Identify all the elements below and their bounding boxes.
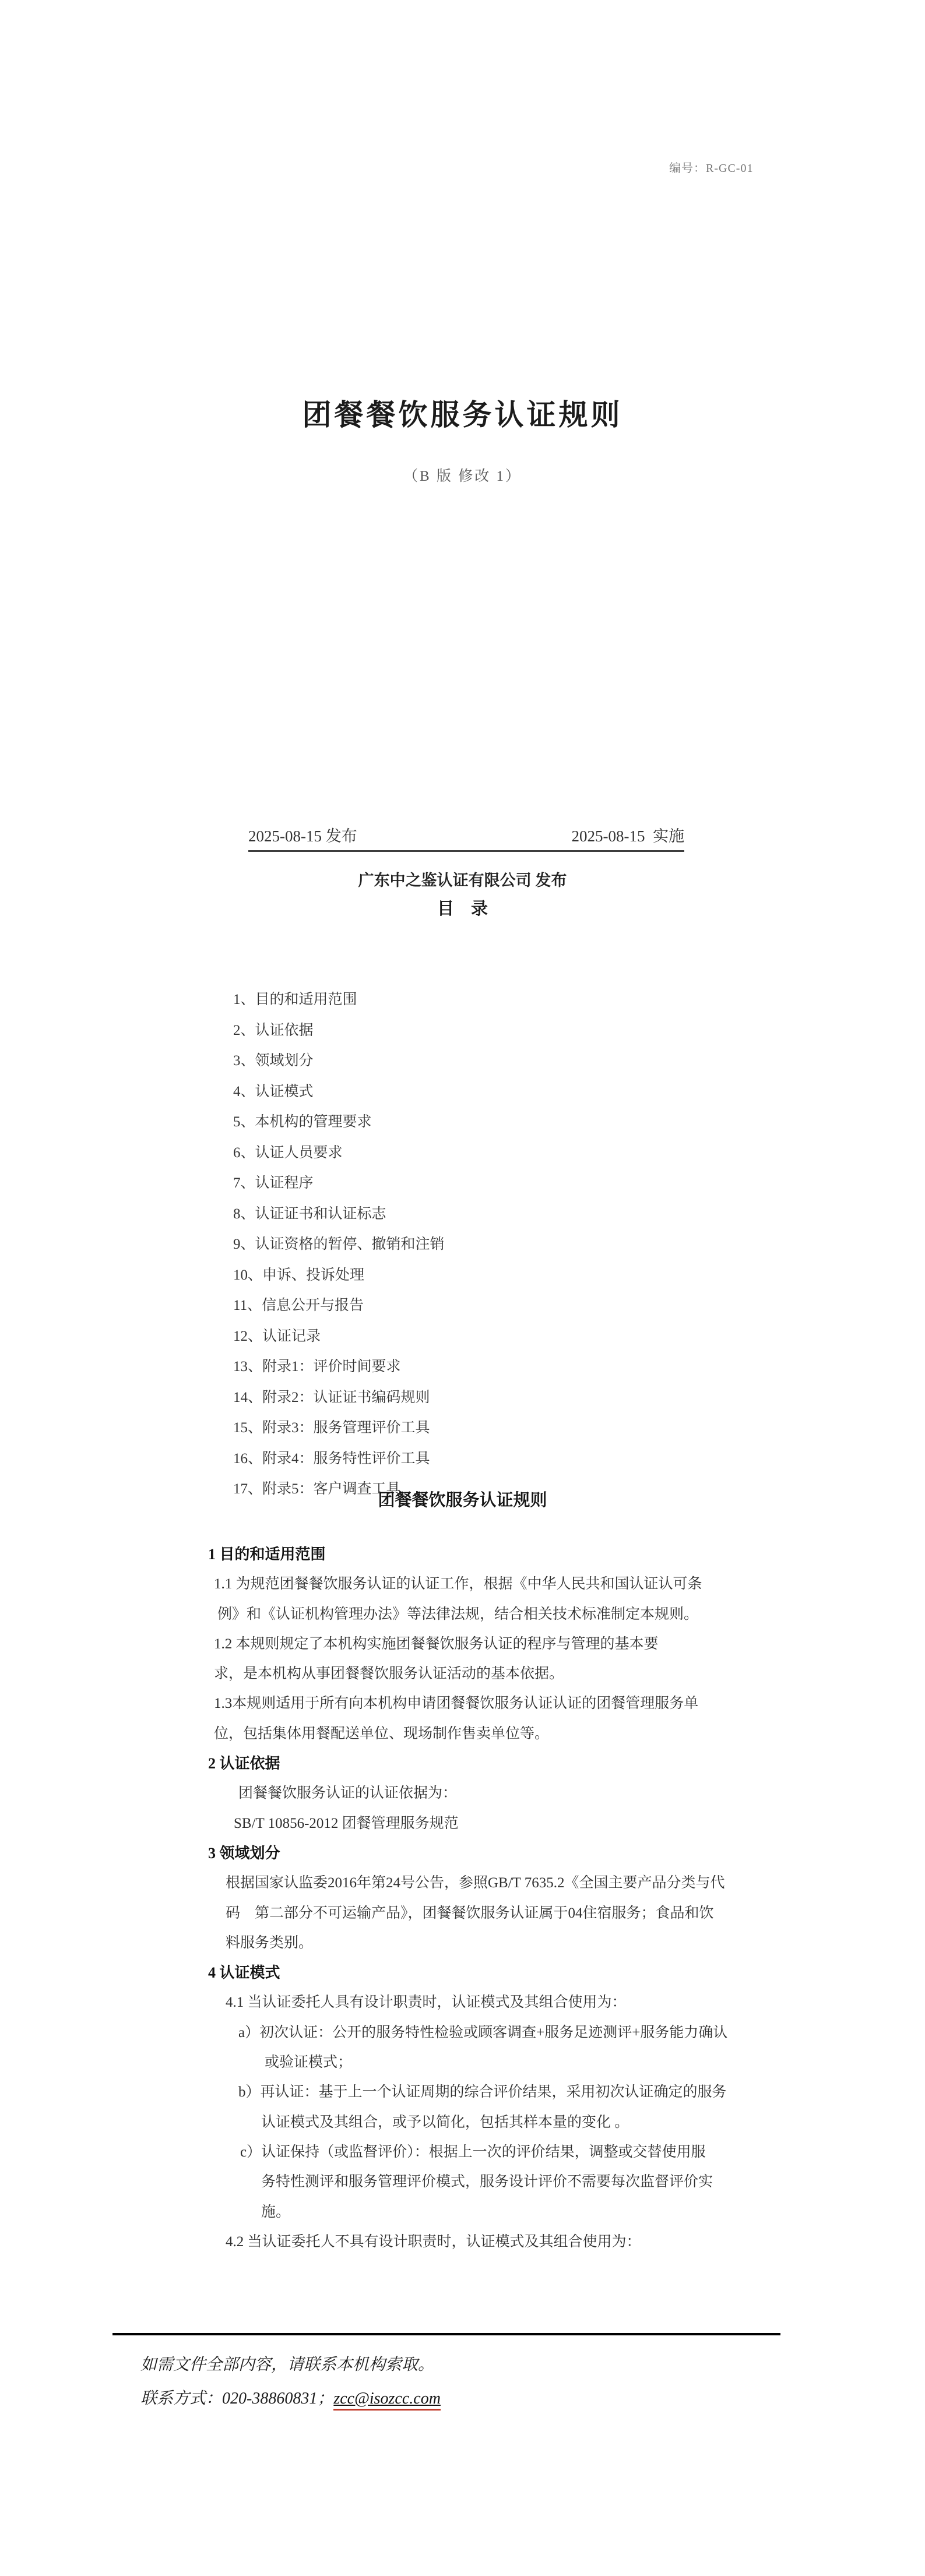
publisher-line: 广东中之鉴认证有限公司 发布 [0,868,925,890]
document-page: 编号：R-GC-01 团餐餐饮服务认证规则 （B 版 修改 1） 2025-08… [0,0,925,2576]
body-line: 务特性测评和服务管理评价模式，服务设计评价不需要每次监督评价实 [208,2167,750,2197]
body-line: 4.2 当认证委托人不具有设计职责时，认证模式及其组合使用为： [208,2227,750,2257]
body-line: 4.1 当认证委托人具有设计职责时，认证模式及其组合使用为： [208,1987,750,2017]
body-line: SB/T 10856-2012 团餐管理服务规范 [208,1809,750,1838]
toc-item: 14、附录2：认证证书编码规则 [233,1383,445,1414]
footer-email-link[interactable]: zcc@isozcc.com [333,2390,441,2411]
body-line: 求，是本机构从事团餐餐饮服务认证活动的基本依据。 [208,1659,750,1689]
body-line: a）初次认证：公开的服务特性检验或顾客调查+服务足迹测评+服务能力确认 [208,2018,750,2048]
toc-item: 10、申诉、投诉处理 [233,1260,445,1291]
toc-item: 13、附录1：评价时间要求 [233,1352,445,1383]
doc-number: 编号：R-GC-01 [669,158,753,175]
footer-contact-prefix: 联系方式：020-38860831； [140,2390,333,2408]
body-content: 1 目的和适用范围1.1 为规范团餐餐饮服务认证的认证工作，根据《中华人民共和国… [208,1539,750,2257]
body-line: 3 领域划分 [208,1838,750,1868]
body-line: 1.3本规则适用于所有向本机构申请团餐餐饮服务认证认证的团餐管理服务单 [208,1689,750,1718]
body-line: b）再认证：基于上一个认证周期的综合评价结果，采用初次认证确定的服务 [208,2077,750,2107]
toc-item: 11、信息公开与报告 [233,1291,445,1322]
body-line: 1.1 为规范团餐餐饮服务认证的认证工作，根据《中华人民共和国认证认可条 [208,1569,750,1599]
body-line: 认证模式及其组合，或予以简化，包括其样本量的变化 。 [208,2108,750,2137]
toc-item: 12、认证记录 [233,1322,445,1352]
toc-item: 1、目的和适用范围 [233,985,445,1016]
toc-item: 9、认证资格的暂停、撤销和注销 [233,1229,445,1260]
implement-date: 2025-08-15 实施 [572,823,684,846]
body-line: 团餐餐饮服务认证的认证依据为： [208,1778,750,1808]
toc-item: 5、本机构的管理要求 [233,1107,445,1138]
toc-item: 15、附录3：服务管理评价工具 [233,1413,445,1444]
toc-item: 4、认证模式 [233,1077,445,1108]
body-line: 施。 [208,2197,750,2227]
footer-contact-line: 联系方式：020-38860831；zcc@isozcc.com [140,2385,441,2409]
body-line: 1.2 本规则规定了本机构实施团餐餐饮服务认证的程序与管理的基本要 [208,1629,750,1659]
body-line: 料服务类别。 [208,1928,750,1958]
body-title: 团餐餐饮服务认证规则 [0,1487,925,1511]
footer-divider [112,2333,780,2335]
publish-date: 2025-08-15 发布 [248,823,357,846]
body-line: 1 目的和适用范围 [208,1539,750,1569]
body-line: 或验证模式； [208,2048,750,2077]
body-line: 根据国家认监委2016年第24号公告，参照GB/T 7635.2《全国主要产品分… [208,1868,750,1898]
toc-item: 2、认证依据 [233,1016,445,1046]
toc-item: 7、认证程序 [233,1168,445,1199]
body-line: c）认证保持（或监督评价）：根据上一次的评价结果，调整或交替使用服 [208,2137,750,2167]
doc-version-note: （B 版 修改 1） [0,464,925,485]
body-line: 位，包括集体用餐配送单位、现场制作售卖单位等。 [208,1719,750,1749]
toc-item: 6、认证人员要求 [233,1138,445,1169]
toc-title: 目 录 [0,896,925,919]
header-divider [248,850,684,852]
body-line: 4 认证模式 [208,1958,750,1987]
body-line: 码 第二部分不可运输产品》，团餐餐饮服务认证属于04住宿服务；食品和饮 [208,1898,750,1928]
toc-item: 16、附录4：服务特性评价工具 [233,1444,445,1475]
footer-note: 如需文件全部内容，请联系本机构索取。 [140,2352,434,2375]
toc-item: 3、领域划分 [233,1046,445,1077]
doc-title: 团餐餐饮服务认证规则 [0,392,925,434]
body-line: 2 认证依据 [208,1749,750,1778]
toc-list: 1、目的和适用范围2、认证依据3、领域划分4、认证模式5、本机构的管理要求6、认… [233,985,445,1505]
body-line: 例》和《认证机构管理办法》等法律法规，结合相关技术标准制定本规则。 [208,1599,750,1629]
date-row: 2025-08-15 发布 2025-08-15 实施 [248,823,684,846]
toc-item: 8、认证证书和认证标志 [233,1199,445,1230]
